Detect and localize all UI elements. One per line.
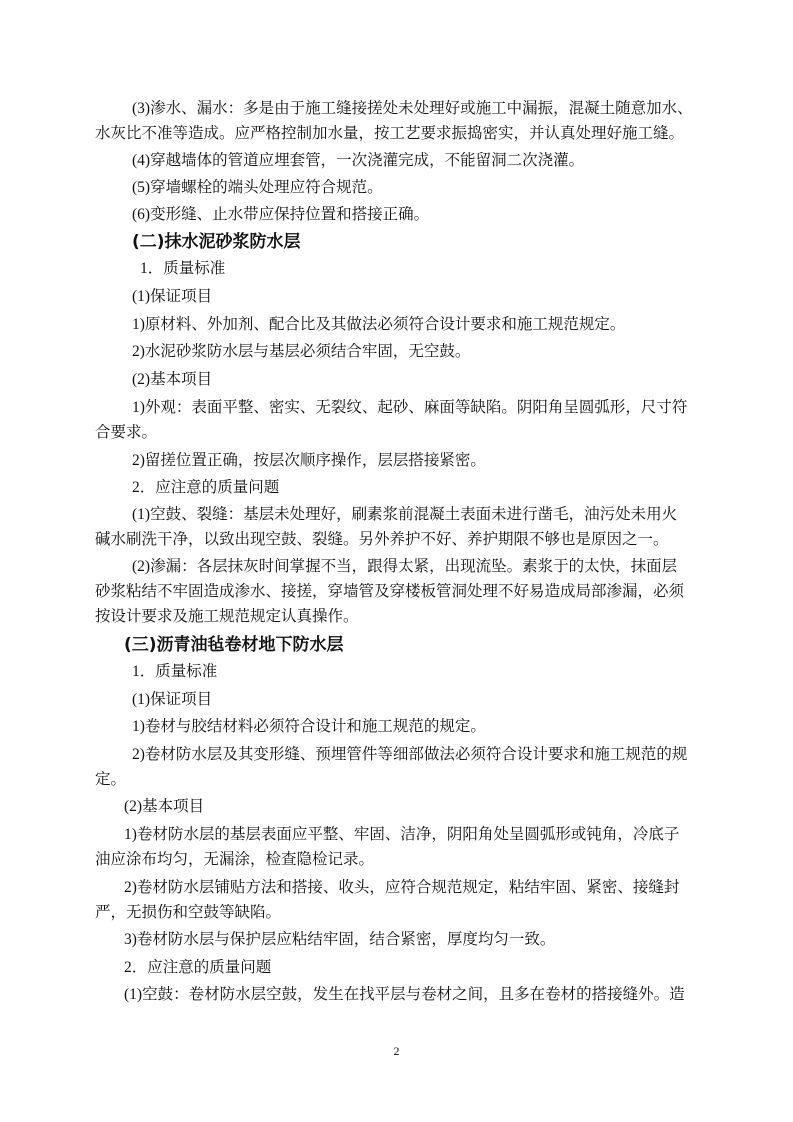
- body-text-line: (1)保证项目: [132, 690, 212, 710]
- body-text-line: 1．质量标准: [140, 259, 225, 279]
- body-text-line: 定。: [95, 770, 126, 790]
- body-text-line: 2)卷材防水层及其变形缝、预埋管件等细部做法必须符合设计要求和施工规范的规: [132, 745, 687, 765]
- body-text-line: (3)渗水、漏水：多是由于施工缝接搓处未处理好或施工中漏振，混凝土随意加水、: [132, 99, 693, 119]
- body-text-line: (2)基本项目: [132, 370, 212, 390]
- body-text-line: 油应涂布均匀，无漏涂，检查隐检记录。: [95, 850, 374, 870]
- body-text-line: 2．应注意的质量问题: [124, 958, 271, 978]
- body-text-line: 水灰比不准等造成。应严格控制加水量，按工艺要求振捣密实，并认真处理好施工缝。: [95, 124, 684, 144]
- body-text-line: 1)卷材防水层的基层表面应平整、牢固、洁净，阴阳角处呈圆弧形或钝角，冷底子: [124, 825, 679, 845]
- body-text-line: 3)卷材防水层与保护层应粘结牢固，结合紧密，厚度均匀一致。: [124, 930, 555, 950]
- body-text-line: 合要求。: [95, 423, 157, 443]
- page-number: 2: [0, 1044, 793, 1059]
- body-text-line: (1)空鼓、裂缝：基层未处理好，刷素浆前混凝土表面未进行凿毛，油污处未用火: [132, 505, 677, 525]
- body-text-line: 2)卷材防水层铺贴方法和搭接、收头，应符合规范规定，粘结牢固、紧密、接缝封: [124, 878, 679, 898]
- body-text-line: 严，无损伤和空鼓等缺陷。: [95, 903, 281, 923]
- body-text-line: 2)留搓位置正确，按层次顺序操作，层层搭接紧密。: [132, 451, 486, 471]
- body-text-line: (2)渗漏：各层抹灰时间掌握不当，跟得太紧，出现流坠。素浆于的太快，抹面层: [132, 557, 677, 577]
- document-page: (3)渗水、漏水：多是由于施工缝接搓处未处理好或施工中漏振，混凝土随意加水、水灰…: [0, 0, 793, 1122]
- section-heading: (三)沥青油毡卷材地下防水层: [124, 635, 344, 655]
- body-text-line: 砂浆粘结不牢固造成渗水、接搓，穿墙管及穿楼板管洞处理不好易造成局部渗漏，必须: [95, 582, 684, 602]
- body-text-line: 碱水刷洗干净，以致出现空鼓、裂缝。另外养护不好、养护期限不够也是原因之一。: [95, 530, 669, 550]
- body-text-line: (2)基本项目: [124, 797, 204, 817]
- body-text-line: 1．质量标准: [132, 662, 217, 682]
- body-text-line: 1)原材料、外加剂、配合比及其做法必须符合设计要求和施工规范规定。: [132, 315, 625, 335]
- body-text-line: 2)水泥砂浆防水层与基层必须结合牢固，无空鼓。: [132, 342, 470, 362]
- body-text-line: 按设计要求及施工规范规定认真操作。: [95, 607, 359, 627]
- section-heading: (二)抹水泥砂浆防水层: [132, 232, 301, 252]
- body-text-line: (6)变形缝、止水带应保持位置和搭接正确。: [132, 205, 429, 225]
- body-text-line: (4)穿越墙体的管道应埋套管，一次浇灌完成，不能留洞二次浇灌。: [132, 151, 584, 171]
- body-text-line: (1)保证项目: [132, 287, 212, 307]
- body-text-line: 1)卷材与胶结材料必须符合设计和施工规范的规定。: [132, 717, 486, 737]
- body-text-line: (5)穿墙螺栓的端头处理应符合规范。: [132, 178, 383, 198]
- body-text-line: 1)外观：表面平整、密实、无裂纹、起砂、麻面等缺陷。阴阳角呈圆弧形，尺寸符: [132, 398, 687, 418]
- body-text-line: 2．应注意的质量问题: [132, 478, 279, 498]
- body-text-line: (1)空鼓：卷材防水层空鼓，发生在找平层与卷材之间，且多在卷材的搭接缝外。造: [124, 985, 685, 1005]
